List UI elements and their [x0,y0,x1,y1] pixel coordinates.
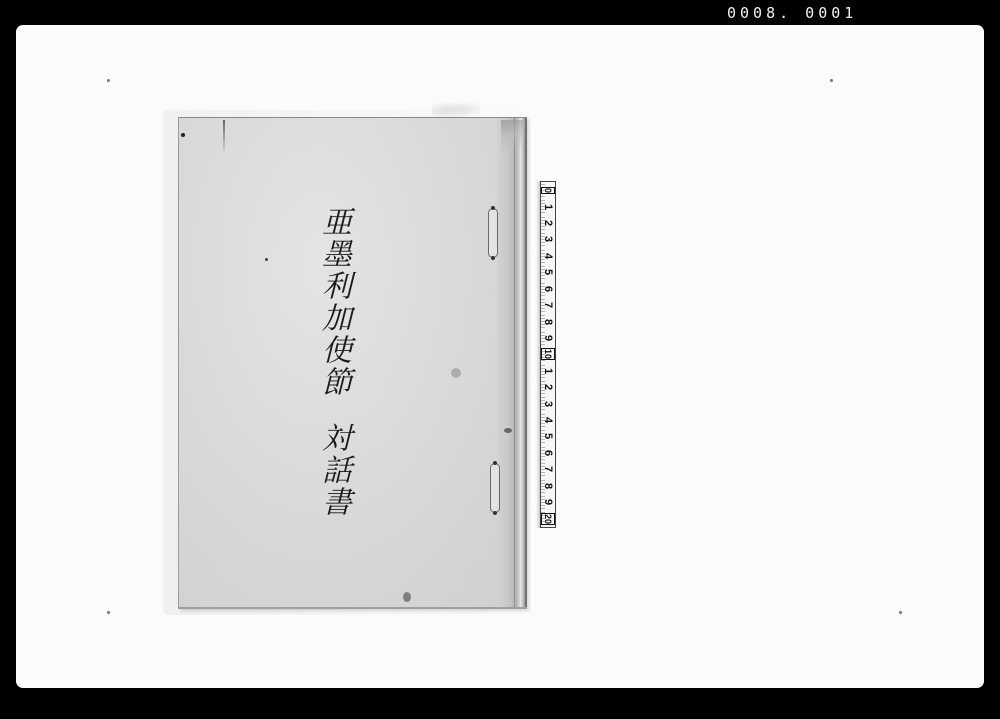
spine-edge-line [514,118,515,607]
ruler-mark: 3 [541,231,555,247]
scale-ruler: 0 1 2 3 4 5 6 7 8 9 10 1 2 3 4 5 6 7 8 9… [540,181,556,528]
ruler-mark: 6 [541,281,555,297]
ruler-mark: 9 [541,330,555,346]
ruler-mark: 9 [541,494,555,510]
ruler-mark: 4 [541,412,555,428]
ruler-mark: 5 [541,428,555,444]
dust-speck [107,79,110,82]
ruler-mark: 7 [541,297,555,313]
dust-speck [107,611,110,614]
handwritten-title: 亜墨利加使節 対話書 [315,206,351,518]
ruler-mark: 20 [541,510,555,526]
booklet-cover: 亜墨利加使節 対話書 [178,117,527,609]
ruler-mark: 3 [541,395,555,411]
ruler-mark: 8 [541,478,555,494]
binding-ties [432,100,480,118]
title-part-1: 亜墨利加使節 [316,206,351,398]
binding-loop-top [488,208,498,258]
ruler-mark: 8 [541,313,555,329]
ink-dot [265,258,268,261]
ruler-mark: 6 [541,445,555,461]
ink-dot [181,133,185,137]
ruler-mark: 7 [541,461,555,477]
ruler-mark: 1 [541,363,555,379]
ruler-mark: 10 [541,346,555,362]
corner-wear [501,120,523,160]
stain [451,368,461,378]
ruler-mark: 0 [541,182,555,198]
ruler-mark: 4 [541,248,555,264]
ruler-mark: 5 [541,264,555,280]
binding-loop-bottom [490,463,500,513]
dust-speck [830,79,833,82]
frame-number: 0008. 0001 [727,4,857,22]
ink-mark-bottom [403,592,411,602]
ruler-mark: 1 [541,198,555,214]
title-part-2: 対話書 [315,422,351,518]
cover-crease [223,120,225,154]
dust-speck [899,611,902,614]
ruler-mark: 2 [541,379,555,395]
stain [504,428,512,433]
ruler-mark: 2 [541,215,555,231]
spine [497,118,527,607]
